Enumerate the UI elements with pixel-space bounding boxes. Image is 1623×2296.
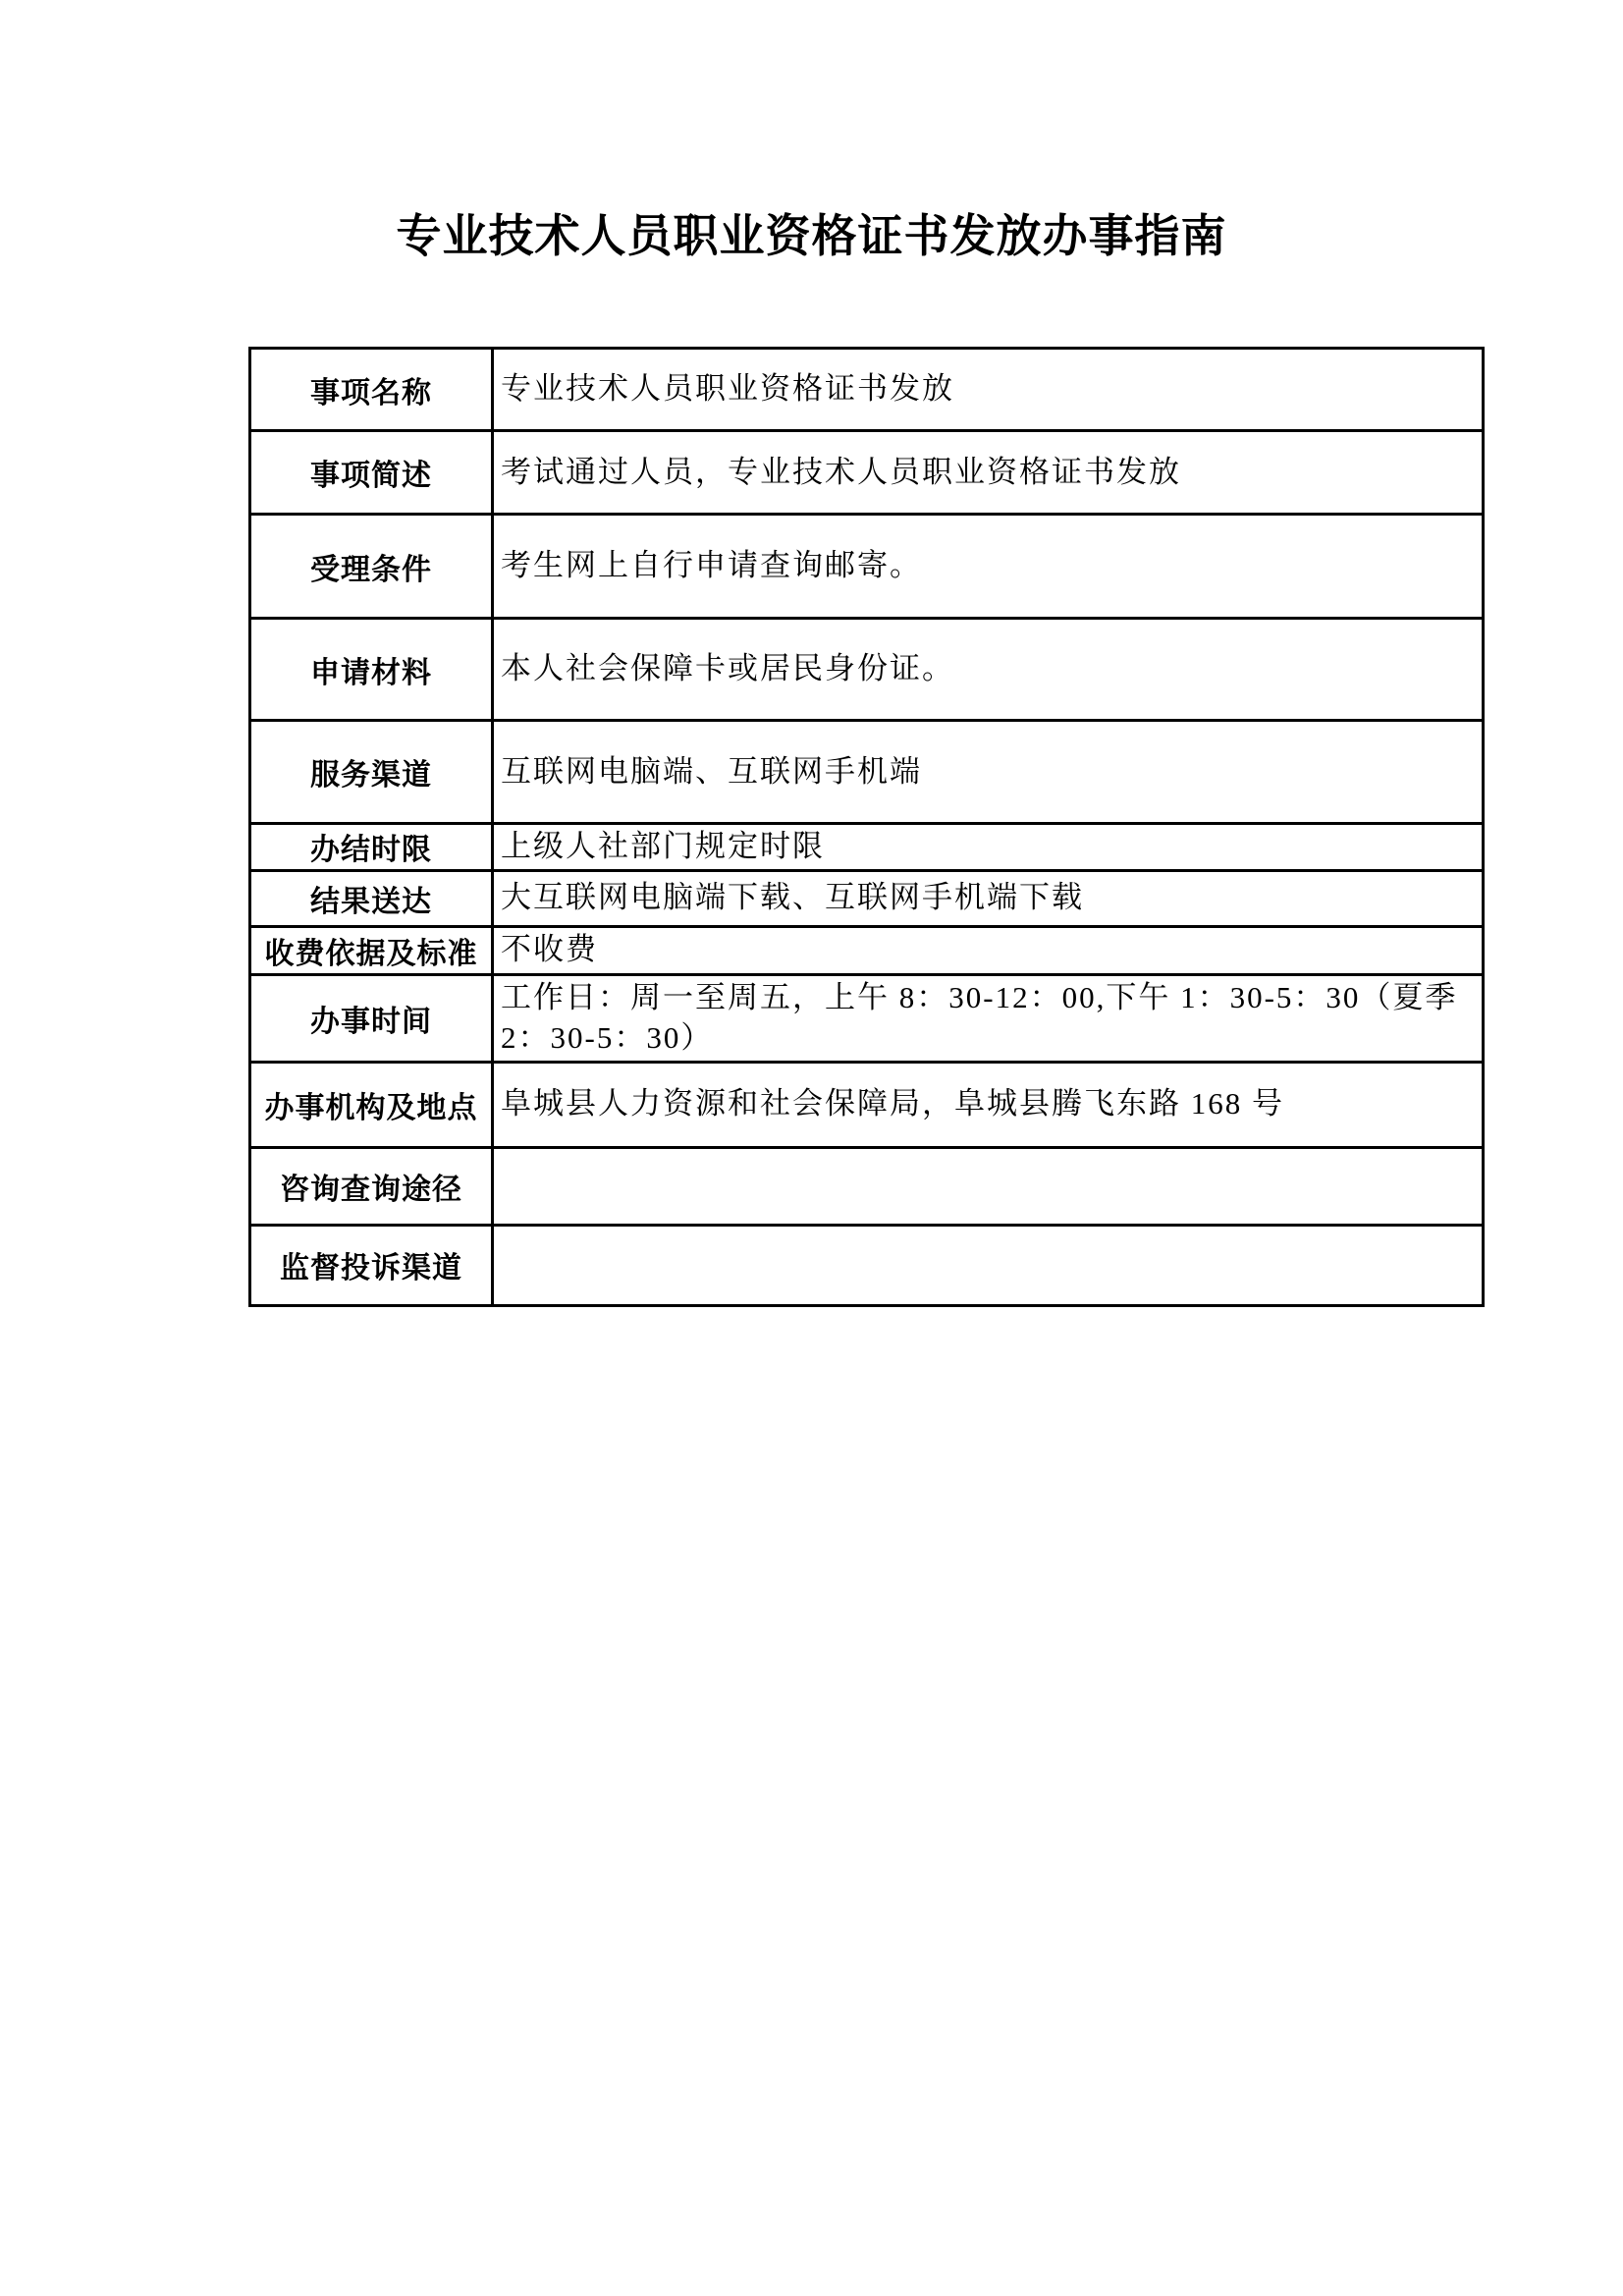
- row-value: 考试通过人员，专业技术人员职业资格证书发放: [493, 431, 1484, 515]
- row-value: 大互联网电脑端下载、互联网手机端下载: [493, 870, 1484, 926]
- row-label: 服务渠道: [250, 721, 493, 824]
- row-value: 互联网电脑端、互联网手机端: [493, 721, 1484, 824]
- row-value: 考生网上自行申请查询邮寄。: [493, 515, 1484, 619]
- row-value: [493, 1225, 1484, 1305]
- table-row-acceptance-conditions: 受理条件 考生网上自行申请查询邮寄。: [250, 515, 1484, 619]
- table-row-service-channels: 服务渠道 互联网电脑端、互联网手机端: [250, 721, 1484, 824]
- row-value: 专业技术人员职业资格证书发放: [493, 349, 1484, 431]
- row-label: 事项简述: [250, 431, 493, 515]
- document-page: { "page": { "title": "专业技术人员职业资格证书发放办事指南…: [0, 0, 1623, 2296]
- row-label: 受理条件: [250, 515, 493, 619]
- table-row-supervision-complaint-channels: 监督投诉渠道: [250, 1225, 1484, 1305]
- row-value: 工作日：周一至周五，上午 8：30-12：00,下午 1：30-5：30（夏季 …: [493, 974, 1484, 1062]
- row-value: 阜城县人力资源和社会保障局，阜城县腾飞东路 168 号: [493, 1062, 1484, 1147]
- row-label: 办结时限: [250, 824, 493, 871]
- page-title: 专业技术人员职业资格证书发放办事指南: [0, 0, 1623, 259]
- row-label: 申请材料: [250, 619, 493, 721]
- row-label: 事项名称: [250, 349, 493, 431]
- row-label: 办事机构及地点: [250, 1062, 493, 1147]
- row-label: 监督投诉渠道: [250, 1225, 493, 1305]
- row-label: 办事时间: [250, 974, 493, 1062]
- table-row-service-hours: 办事时间 工作日：周一至周五，上午 8：30-12：00,下午 1：30-5：3…: [250, 974, 1484, 1062]
- row-label: 收费依据及标准: [250, 926, 493, 974]
- row-value: [493, 1147, 1484, 1225]
- table-row-application-materials: 申请材料 本人社会保障卡或居民身份证。: [250, 619, 1484, 721]
- row-value: 不收费: [493, 926, 1484, 974]
- table-row-fee-basis-standard: 收费依据及标准 不收费: [250, 926, 1484, 974]
- row-label: 咨询查询途径: [250, 1147, 493, 1225]
- table-row-inquiry-channels: 咨询查询途径: [250, 1147, 1484, 1225]
- row-label: 结果送达: [250, 870, 493, 926]
- table-row-item-summary: 事项简述 考试通过人员，专业技术人员职业资格证书发放: [250, 431, 1484, 515]
- service-guide-table: 事项名称 专业技术人员职业资格证书发放 事项简述 考试通过人员，专业技术人员职业…: [248, 347, 1485, 1307]
- table-row-agency-and-address: 办事机构及地点 阜城县人力资源和社会保障局，阜城县腾飞东路 168 号: [250, 1062, 1484, 1147]
- row-value: 本人社会保障卡或居民身份证。: [493, 619, 1484, 721]
- table-row-result-delivery: 结果送达 大互联网电脑端下载、互联网手机端下载: [250, 870, 1484, 926]
- table-row-completion-time-limit: 办结时限 上级人社部门规定时限: [250, 824, 1484, 871]
- table-row-item-name: 事项名称 专业技术人员职业资格证书发放: [250, 349, 1484, 431]
- row-value: 上级人社部门规定时限: [493, 824, 1484, 871]
